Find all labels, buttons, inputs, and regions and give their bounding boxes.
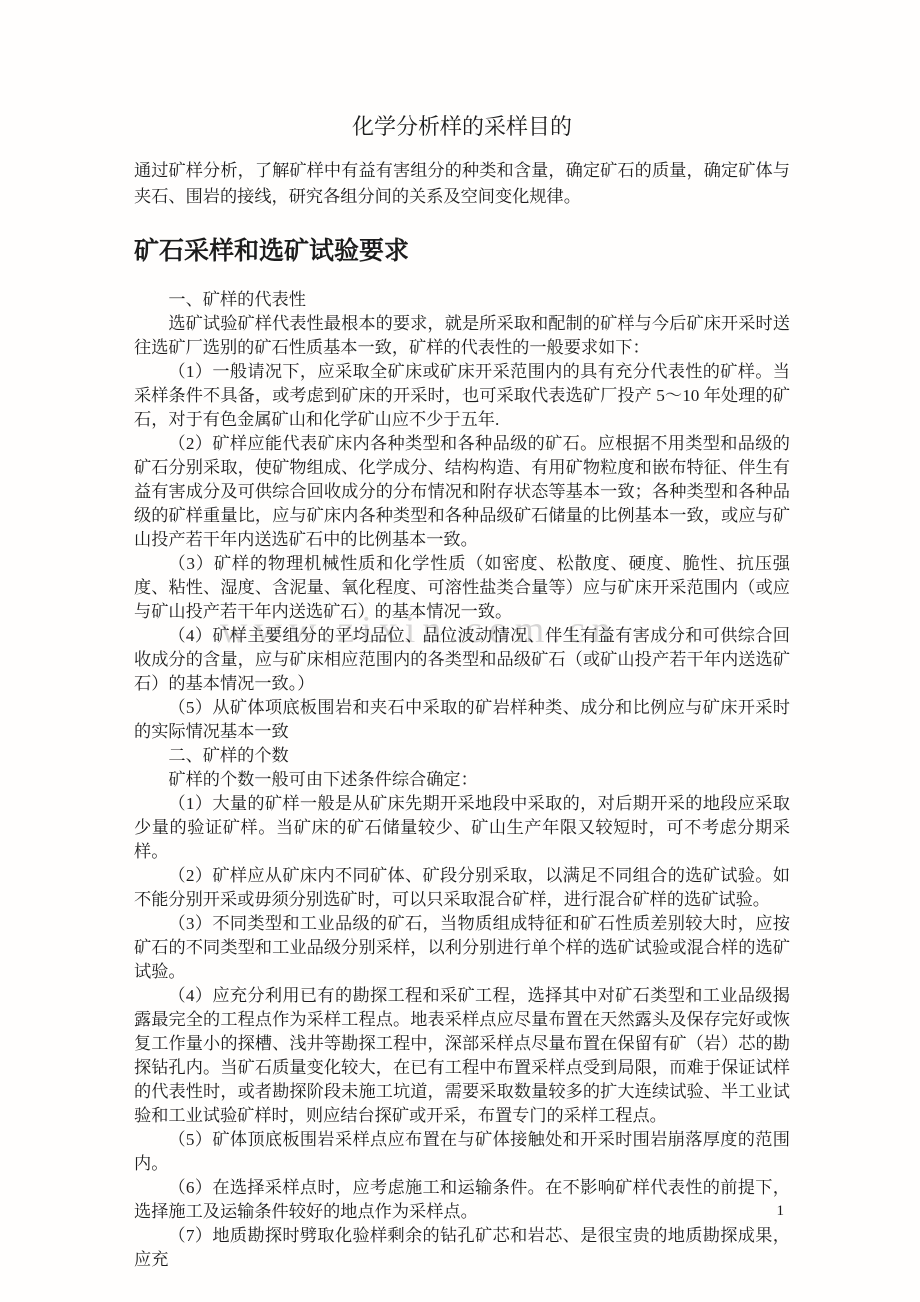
paragraph-item-4: （2）矿样应能代表矿床内各种类型和各种品级的矿石。应根据不用类型和品级的矿石分别…	[134, 432, 790, 552]
paragraph-item-12: （3）不同类型和工业品级的矿石，当物质组成特征和矿石性质差别较大时，应按矿石的不…	[134, 912, 790, 984]
document-page: www.zixin.com.cn 化学分析样的采样目的 通过矿样分析，了解矿样中…	[0, 0, 920, 1302]
paragraph-item-11: （2）矿样应从矿床内不同矿体、矿段分别采取，以满足不同组合的选矿试验。如不能分别…	[134, 864, 790, 912]
paragraph-item-2: 选矿试验矿样代表性最根本的要求，就是所采取和配制的矿样与今后矿床开采时送往选矿厂…	[134, 312, 790, 360]
paragraph-item-15: （6）在选择采样点时，应考虑施工和运输条件。在不影响矿样代表性的前提下，选择施工…	[134, 1176, 790, 1224]
paragraph-item-9: 矿样的个数一般可由下述条件综合确定：	[134, 768, 790, 792]
paragraph-item-5: （3）矿样的物理机械性质和化学性质（如密度、松散度、硬度、脆性、抗压强度、粘性、…	[134, 552, 790, 624]
paragraph-item-8: 二、矿样的个数	[134, 744, 790, 768]
body-text: 一、矿样的代表性 选矿试验矿样代表性最根本的要求，就是所采取和配制的矿样与今后矿…	[134, 288, 790, 1272]
paragraph-item-7: （5）从矿体项底板围岩和夹石中采取的矿岩样种类、成分和比例应与矿床开采时的实际情…	[134, 696, 790, 744]
document-title: 化学分析样的采样目的	[134, 112, 790, 142]
page-number: 1	[777, 1203, 785, 1220]
paragraph-item-10: （1）大量的矿样一般是从矿床先期开采地段中采取的，对后期开采的地段应采取少量的验…	[134, 792, 790, 864]
paragraph-item-3: （1）一般请况下，应采取全矿床或矿床开采范围内的具有充分代表性的矿样。当采样条件…	[134, 360, 790, 432]
section-heading: 矿石采样和选矿试验要求	[134, 236, 790, 268]
paragraph-item-14: （5）矿体顶底板围岩采样点应布置在与矿体接触处和开采时围岩崩落厚度的范围内。	[134, 1128, 790, 1176]
paragraph-item-1: 一、矿样的代表性	[134, 288, 790, 312]
paragraph-item-13: （4）应充分利用已有的勘探工程和采矿工程，选择其中对矿石类型和工业品级揭露最完全…	[134, 984, 790, 1128]
intro-paragraph: 通过矿样分析，了解矿样中有益有害组分的种类和含量，确定矿石的质量，确定矿体与夹石…	[134, 158, 790, 210]
page-content: 化学分析样的采样目的 通过矿样分析，了解矿样中有益有害组分的种类和含量，确定矿石…	[134, 0, 790, 1272]
paragraph-item-6: （4）矿样主要组分的平均品位、品位波动情况、伴生有益有害成分和可供综合回收成分的…	[134, 624, 790, 696]
paragraph-item-16: （7）地质勘探时劈取化验样剩余的钻孔矿芯和岩芯、是很宝贵的地质勘探成果，应充	[134, 1224, 790, 1272]
